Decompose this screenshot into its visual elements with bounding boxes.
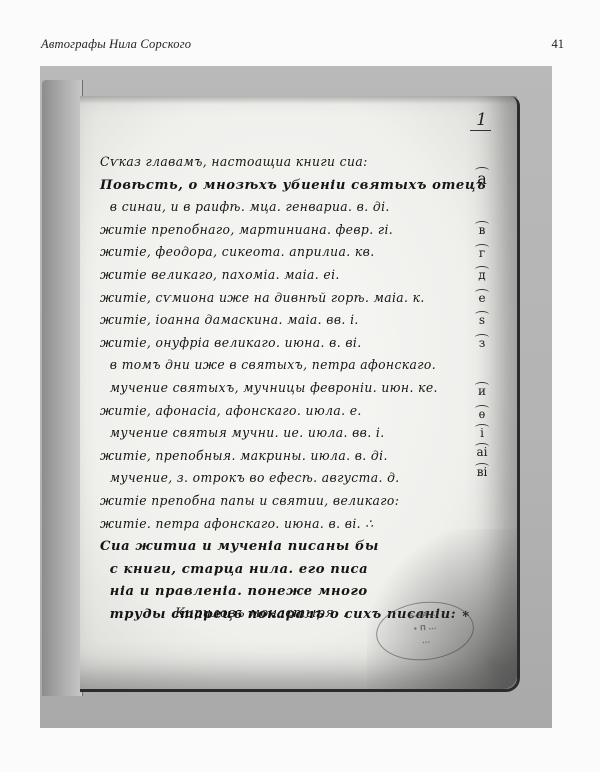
- manuscript-line: житіе препобна папы и святии, великаго:: [100, 490, 472, 513]
- margin-numeral: а: [467, 169, 497, 188]
- manuscript-line: житіе, сѵмиона иже на дивнѣй горѣ. маіа.…: [100, 287, 472, 310]
- manuscript-line: Повѣсть, о мнозѣхъ убиеніи святыхъ отецъ: [100, 174, 472, 197]
- folio-number: 1: [470, 110, 491, 131]
- manuscript-line: житіе. петра афонскаго. июна. в. ві. ∴: [100, 513, 472, 536]
- manuscript-line: житіе, афонасіа, афонскаго. июла. е.: [100, 400, 472, 423]
- manuscript-line: житіе, онуфріа великаго. июна. в. ві.: [100, 332, 472, 355]
- manuscript-line: житіе великаго, пахоміа. маіа. еі.: [100, 264, 472, 287]
- colophon-line: ніа и правленіа. понеже много: [100, 580, 472, 603]
- margin-numeral: і: [467, 426, 497, 440]
- margin-numeral: з: [467, 336, 497, 350]
- manuscript-photograph: 1 Сѵказ главамъ, настоащиа книги сиа: По…: [40, 66, 552, 728]
- manuscript-line: мучение святыхъ, мучницы февроніи. июн. …: [100, 377, 472, 400]
- manuscript-line: в синаи, и в раифѣ. мца. генвариа. в. ді…: [100, 196, 472, 219]
- manuscript-line: житіе препобнаго, мартиниана. февр. гі.: [100, 219, 472, 242]
- manuscript-text: Сѵказ главамъ, настоащиа книги сиа: Повѣ…: [100, 151, 480, 625]
- manuscript-line: Сѵказ главамъ, настоащиа книги сиа:: [100, 151, 472, 174]
- margin-numeral: ѳ: [467, 407, 497, 421]
- margin-numeral: ѕ: [467, 313, 497, 327]
- monastery-inscription: Кириловъ монастыря. .: [175, 606, 347, 621]
- colophon-line: Сиа житиа и мученіа писаны бы: [100, 535, 472, 558]
- manuscript-line: житіе, феодора, сикеота. априлиа. кв.: [100, 241, 472, 264]
- binding-strip: [42, 80, 83, 696]
- manuscript-line: житіе, препобныя. макрины. июла. в. ді.: [100, 445, 472, 468]
- margin-numeral: е: [467, 291, 497, 305]
- manuscript-line: житіе, іоанна дамаскина. маіа. вв. і.: [100, 309, 472, 332]
- running-head-title: Автографы Нила Сорского: [41, 37, 191, 52]
- margin-numeral: д: [467, 268, 497, 282]
- margin-numeral: аі: [467, 445, 497, 459]
- manuscript-line: мучение, з. отрокъ во ефесѣ. августа. д.: [100, 467, 472, 490]
- page-number: 41: [552, 37, 565, 52]
- margin-numeral: и: [467, 384, 497, 398]
- margin-numeral: в: [467, 223, 497, 237]
- inscription-text: Кириловъ монастыря. .: [175, 606, 347, 621]
- manuscript-line: в томъ дни иже в святыхъ, петра афонскаг…: [100, 354, 472, 377]
- margin-numeral: г: [467, 246, 497, 260]
- manuscript-leaf: 1 Сѵказ главамъ, настоащиа книги сиа: По…: [80, 96, 520, 692]
- margin-numeral: ві: [467, 465, 497, 479]
- manuscript-line: мучение святыя мучни. ие. июла. вв. і.: [100, 422, 472, 445]
- colophon-line: с книги, старца нила. его писа: [100, 558, 472, 581]
